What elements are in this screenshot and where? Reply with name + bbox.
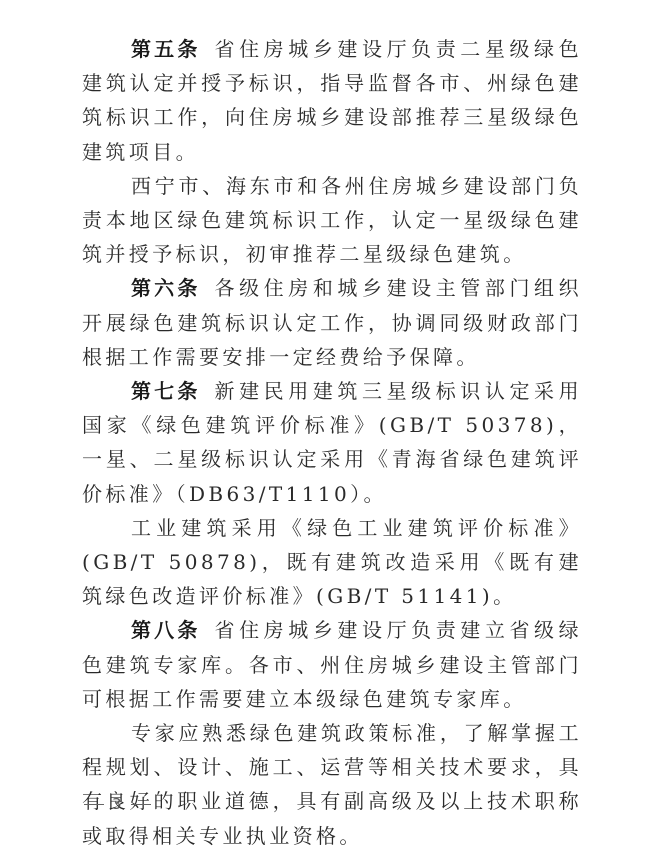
paragraph-text: 西宁市、海东市和各州住房城乡建设部门负责本地区绿色建筑标识工作，认定一星级绿色建…	[82, 174, 582, 266]
page-number: 3	[112, 795, 123, 813]
article-heading: 第六条	[131, 276, 201, 300]
dash-left	[84, 804, 104, 806]
article-heading: 第七条	[131, 379, 201, 403]
page-footer: 3	[84, 795, 151, 813]
paragraph-article-6: 第六条各级住房和城乡建设主管部门组织开展绿色建筑标识认定工作，协调同级财政部门根…	[82, 271, 582, 374]
dash-right	[131, 804, 151, 806]
paragraph-article-7-cont: 工业建筑采用《绿色工业建筑评价标准》(GB/T 50878)，既有建筑改造采用《…	[82, 511, 582, 614]
paragraph-article-7: 第七条新建民用建筑三星级标识认定采用国家《绿色建筑评价标准》(GB/T 5037…	[82, 374, 582, 511]
paragraph-article-5-cont: 西宁市、海东市和各州住房城乡建设部门负责本地区绿色建筑标识工作，认定一星级绿色建…	[82, 169, 582, 272]
paragraph-article-8: 第八条省住房城乡建设厅负责建立省级绿色建筑专家库。各市、州住房城乡建设主管部门可…	[82, 613, 582, 716]
article-heading: 第八条	[131, 618, 201, 642]
document-page: 第五条省住房城乡建设厅负责二星级绿色建筑认定并授予标识，指导监督各市、州绿色建筑…	[82, 32, 582, 847]
paragraph-article-8-cont: 专家应熟悉绿色建筑政策标准，了解掌握工程规划、设计、施工、运营等相关技术要求，具…	[82, 716, 582, 847]
article-heading: 第五条	[131, 37, 201, 61]
paragraph-article-5: 第五条省住房城乡建设厅负责二星级绿色建筑认定并授予标识，指导监督各市、州绿色建筑…	[82, 32, 582, 169]
paragraph-text: 工业建筑采用《绿色工业建筑评价标准》(GB/T 50878)，既有建筑改造采用《…	[82, 516, 582, 608]
paragraph-text: 专家应熟悉绿色建筑政策标准，了解掌握工程规划、设计、施工、运营等相关技术要求，具…	[82, 721, 582, 847]
